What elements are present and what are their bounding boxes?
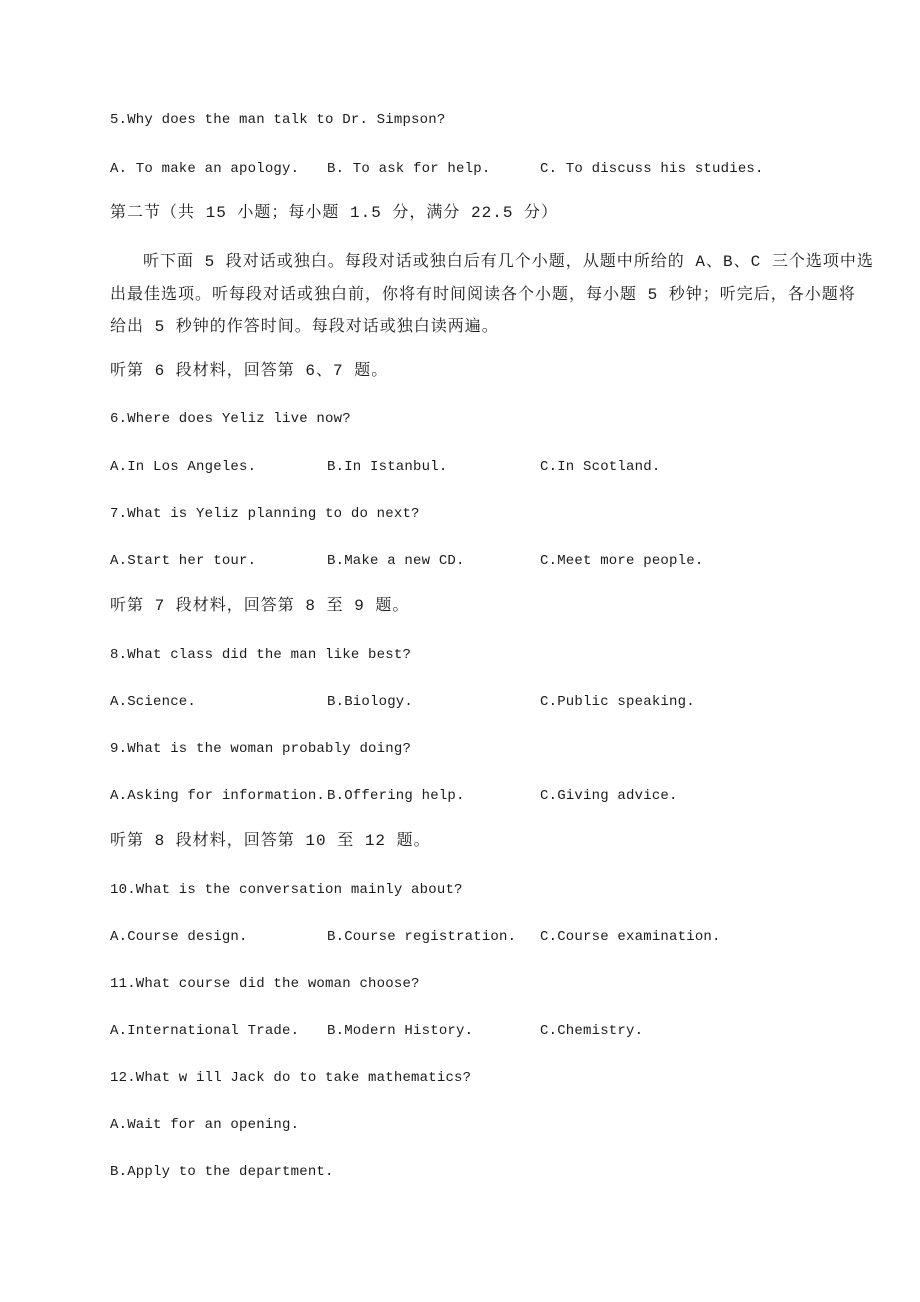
exam-paper-page: 5.Why does the man talk to Dr. Simpson? … [0,0,920,1302]
question-12-text: 12.What w ill Jack do to take mathematic… [110,1069,471,1088]
question-12-option-b: B.Apply to the department. [110,1163,334,1182]
question-6-text: 6.Where does Yeliz live now? [110,410,351,429]
question-8-option-a: A.Science. [110,693,196,712]
question-9-option-b: B.Offering help. [327,787,465,806]
question-5-options: A. To make an apology. B. To ask for hel… [110,160,920,180]
question-9-option-c: C.Giving advice. [540,787,678,806]
question-5-text: 5.Why does the man talk to Dr. Simpson? [110,111,445,130]
question-7-options: A.Start her tour. B.Make a new CD. C.Mee… [110,552,920,572]
instructions-line-3: 给出 5 秒钟的作答时间。每段对话或独白读两遍。 [110,318,499,337]
question-11-option-a: A.International Trade. [110,1022,299,1041]
question-6-option-c: C.In Scotland. [540,458,660,477]
question-11-text: 11.What course did the woman choose? [110,975,420,994]
material-8-prompt: 听第 8 段材料，回答第 10 至 12 题。 [110,832,431,851]
section-2-heading: 第二节（共 15 小题；每小题 1.5 分，满分 22.5 分） [110,204,558,223]
question-9-options: A.Asking for information. B.Offering hel… [110,787,920,807]
question-10-option-a: A.Course design. [110,928,248,947]
question-8-options: A.Science. B.Biology. C.Public speaking. [110,693,920,713]
question-11-option-c: C.Chemistry. [540,1022,643,1041]
question-5-option-b: B. To ask for help. [327,160,490,179]
question-11-options: A.International Trade. B.Modern History.… [110,1022,920,1042]
material-6-prompt: 听第 6 段材料，回答第 6、7 题。 [110,362,388,381]
question-7-text: 7.What is Yeliz planning to do next? [110,505,420,524]
instructions-line-1: 听下面 5 段对话或独白。每段对话或独白后有几个小题，从题中所给的 A、B、C … [143,253,874,272]
question-10-option-b: B.Course registration. [327,928,516,947]
question-5-option-c: C. To discuss his studies. [540,160,764,179]
material-7-prompt: 听第 7 段材料，回答第 8 至 9 题。 [110,597,409,616]
question-9-option-a: A.Asking for information. [110,787,325,806]
question-6-option-a: A.In Los Angeles. [110,458,256,477]
question-11-option-b: B.Modern History. [327,1022,473,1041]
question-12-option-a: A.Wait for an opening. [110,1116,299,1135]
question-9-text: 9.What is the woman probably doing? [110,740,411,759]
question-10-option-c: C.Course examination. [540,928,721,947]
question-6-options: A.In Los Angeles. B.In Istanbul. C.In Sc… [110,458,920,478]
question-8-text: 8.What class did the man like best? [110,646,411,665]
question-5-option-a: A. To make an apology. [110,160,299,179]
question-7-option-a: A.Start her tour. [110,552,256,571]
question-6-option-b: B.In Istanbul. [327,458,447,477]
question-10-text: 10.What is the conversation mainly about… [110,881,463,900]
instructions-line-2: 出最佳选项。听每段对话或独白前，你将有时间阅读各个小题，每小题 5 秒钟；听完后… [110,286,856,305]
question-7-option-c: C.Meet more people. [540,552,703,571]
question-7-option-b: B.Make a new CD. [327,552,465,571]
question-8-option-b: B.Biology. [327,693,413,712]
question-10-options: A.Course design. B.Course registration. … [110,928,920,948]
question-8-option-c: C.Public speaking. [540,693,695,712]
